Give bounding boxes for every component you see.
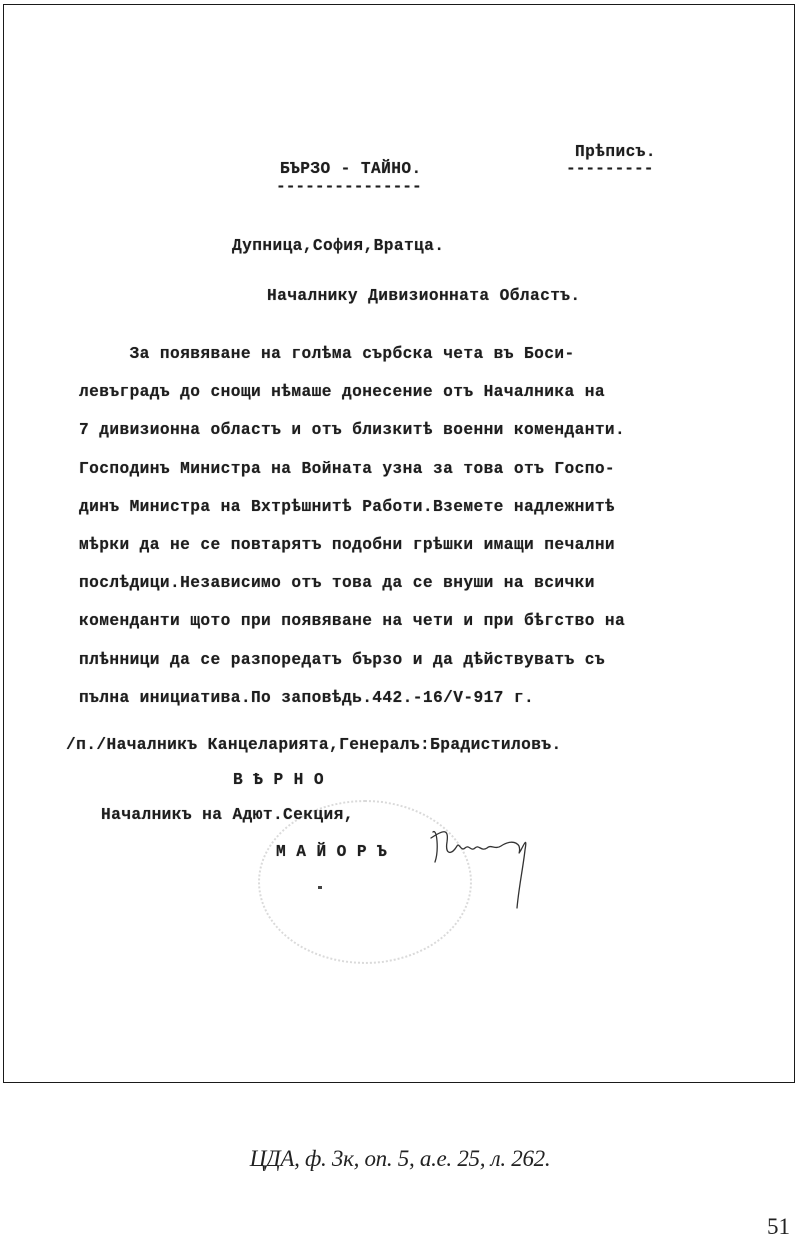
heading-copy-label: Прѣписъ. bbox=[575, 143, 656, 161]
body-line: плѣнници да се разпоредатъ бързо и да дѣ… bbox=[79, 651, 605, 669]
body-line: мѣрки да не се повтарятъ подобни грѣшки … bbox=[79, 536, 615, 554]
archive-reference-caption: ЦДА, ф. 3к, оп. 5, а.е. 25, л. 262. bbox=[0, 1146, 800, 1172]
body-line: 7 дивизионна областъ и отъ близкитѣ воен… bbox=[79, 421, 625, 439]
body-line: Господинъ Министра на Войната узна за то… bbox=[79, 460, 615, 478]
section-chief: Началникъ на Адют.Секция, bbox=[101, 806, 354, 824]
signed-line: /п./Началникъ Канцеларията,Генералъ:Брад… bbox=[66, 736, 562, 754]
rank: М А Й О Р Ъ bbox=[276, 843, 387, 861]
body-line: За появяване на голѣма сърбска чета въ Б… bbox=[79, 345, 575, 363]
body-line: динъ Министра на Вхтрѣшнитѣ Работи.Вземе… bbox=[79, 498, 615, 516]
body-line: коменданти щото при появяване на чети и … bbox=[79, 612, 625, 630]
heading-urgent-secret: БЪРЗО - ТАЙНО. bbox=[280, 160, 422, 178]
handwritten-signature bbox=[425, 820, 545, 915]
addressee: Началнику Дивизионната Областъ. bbox=[267, 287, 581, 305]
heading-left-underline: --------------- bbox=[276, 178, 422, 196]
page-number: 51 bbox=[767, 1214, 790, 1240]
body-line: левъградъ до снощи нѣмаше донесение отъ … bbox=[79, 383, 605, 401]
heading-right-underline: --------- bbox=[566, 160, 653, 178]
body-line: пълна инициатива.По заповѣдь.442.-16/V-9… bbox=[79, 689, 534, 707]
stamp-mark bbox=[318, 886, 322, 889]
certified-label: В Ѣ Р Н О bbox=[233, 771, 324, 789]
body-line: послѣдици.Независимо отъ това да се внуш… bbox=[79, 574, 595, 592]
recipient-places: Дупница,София,Вратца. bbox=[232, 237, 444, 255]
